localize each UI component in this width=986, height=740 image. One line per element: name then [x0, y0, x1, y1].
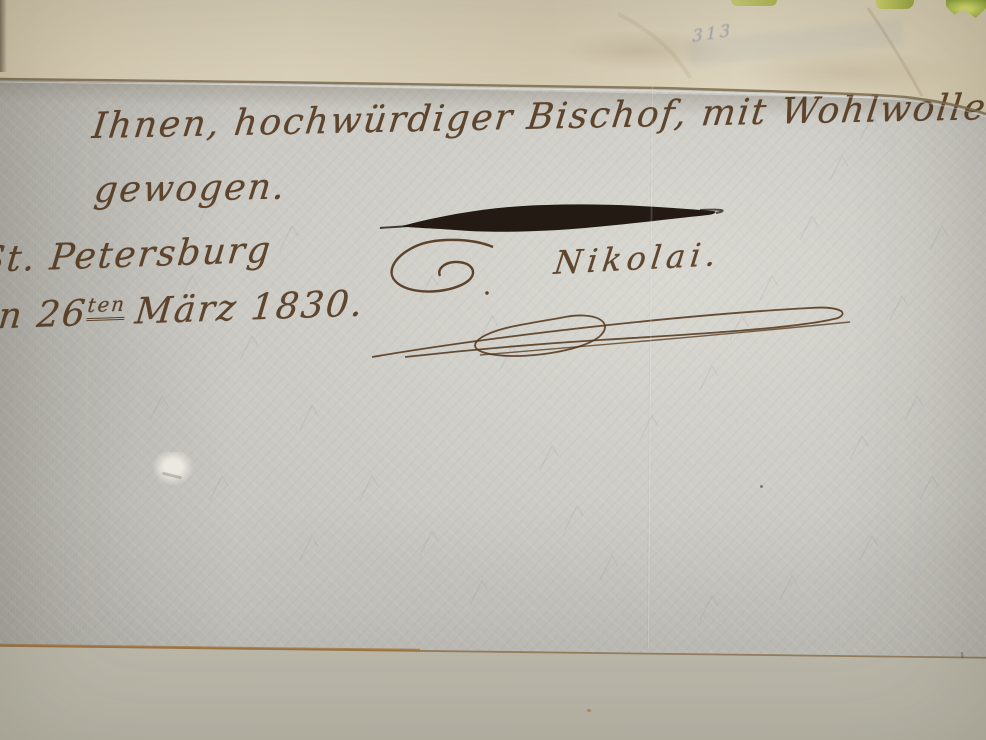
paper-speck	[587, 709, 591, 712]
paper-blemish	[152, 452, 194, 486]
manuscript-line-1: Ihnen, hochwürdiger Bischof, mit Wohlwol…	[90, 87, 986, 147]
ink-smear	[380, 204, 723, 231]
bottom-fold-crease	[0, 645, 986, 740]
place-line: St. Petersburg	[0, 230, 274, 281]
photo-edge-shadow	[0, 0, 7, 72]
date-month-year: März 1830.	[133, 283, 366, 332]
letter-photograph: 313 Ihnen, hochwürdiger Bischof, mit Woh…	[0, 0, 986, 740]
leaf-fragment	[731, 0, 777, 6]
vertical-fold-crease	[647, 86, 654, 648]
date-day: den 26	[0, 293, 89, 339]
date-line: den 26tenMärz 1830.	[0, 283, 366, 339]
manuscript-line-2: gewogen.	[92, 167, 289, 211]
paper-speck	[760, 485, 763, 488]
date-ordinal-suffix: ten	[86, 293, 127, 321]
signature-text: Nikolai.	[552, 235, 723, 282]
leaf-fragment	[876, 0, 914, 9]
